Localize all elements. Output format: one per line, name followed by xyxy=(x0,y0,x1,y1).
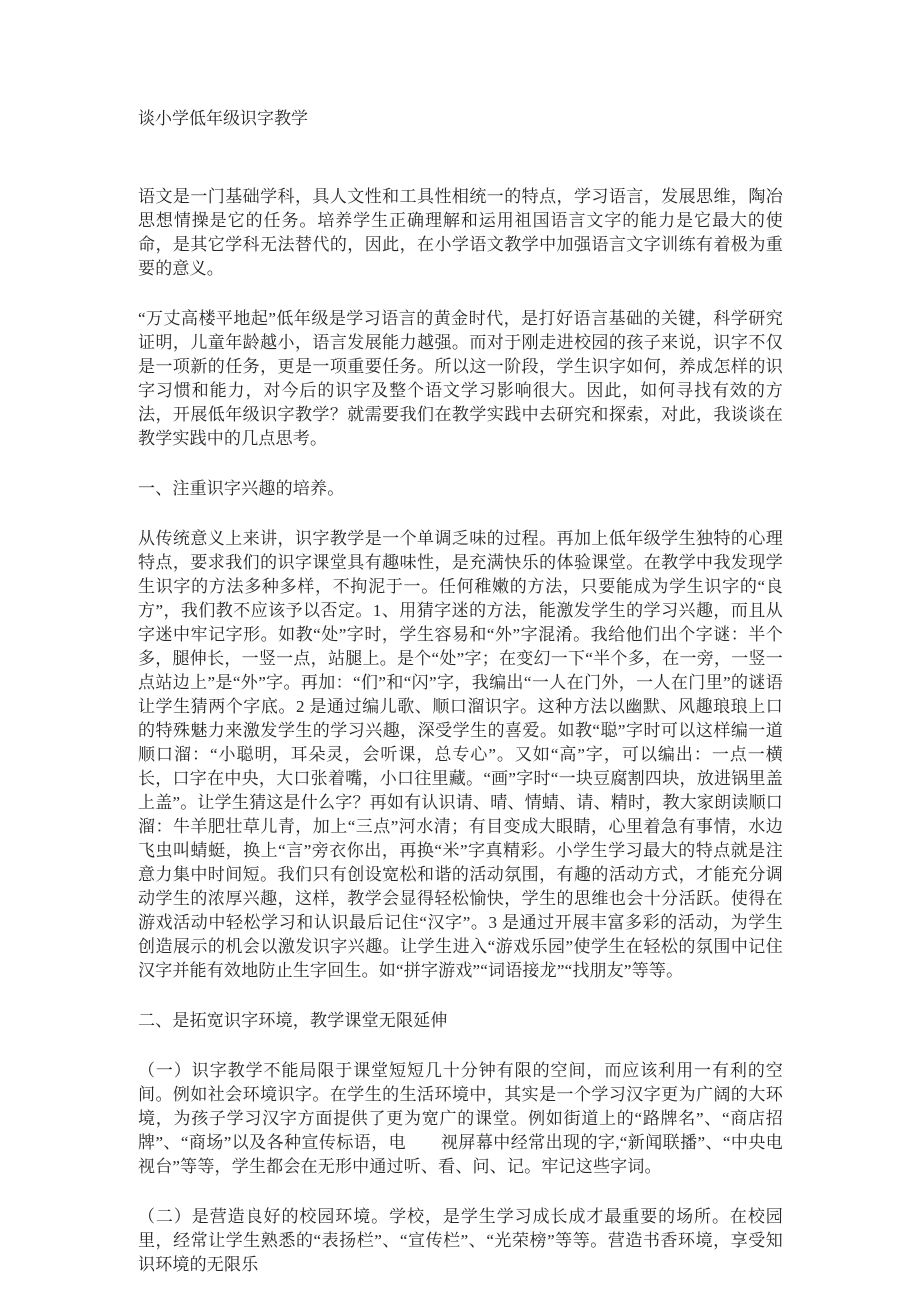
paragraph: （二）是营造良好的校园环境。学校，是学生学习成长成才最重要的场所。在校园里，经常… xyxy=(138,1205,783,1277)
section-heading: 一、注重识字兴趣的培养。 xyxy=(138,477,783,501)
document-page: 谈小学低年级识字教学 语文是一门基础学科，具人文性和工具性相统一的特点，学习语言… xyxy=(0,0,920,1302)
paragraph: “万丈高楼平地起”低年级是学习语言的黄金时代，是打好语言基础的关键，科学研究证明… xyxy=(138,307,783,451)
paragraph: （一）识字教学不能局限于课堂短短几十分钟有限的空间，而应该利用一有利的空间。例如… xyxy=(138,1059,783,1179)
document-title: 谈小学低年级识字教学 xyxy=(138,107,783,131)
paragraph: 从传统意义上来讲，识字教学是一个单调乏味的过程。再加上低年级学生独特的心理特点，… xyxy=(138,527,783,983)
paragraph: 语文是一门基础学科，具人文性和工具性相统一的特点，学习语言，发展思维，陶冶思想情… xyxy=(138,185,783,281)
section-heading: 二、是拓宽识字环境，教学课堂无限延伸 xyxy=(138,1009,783,1033)
document-body: 语文是一门基础学科，具人文性和工具性相统一的特点，学习语言，发展思维，陶冶思想情… xyxy=(138,185,783,1277)
